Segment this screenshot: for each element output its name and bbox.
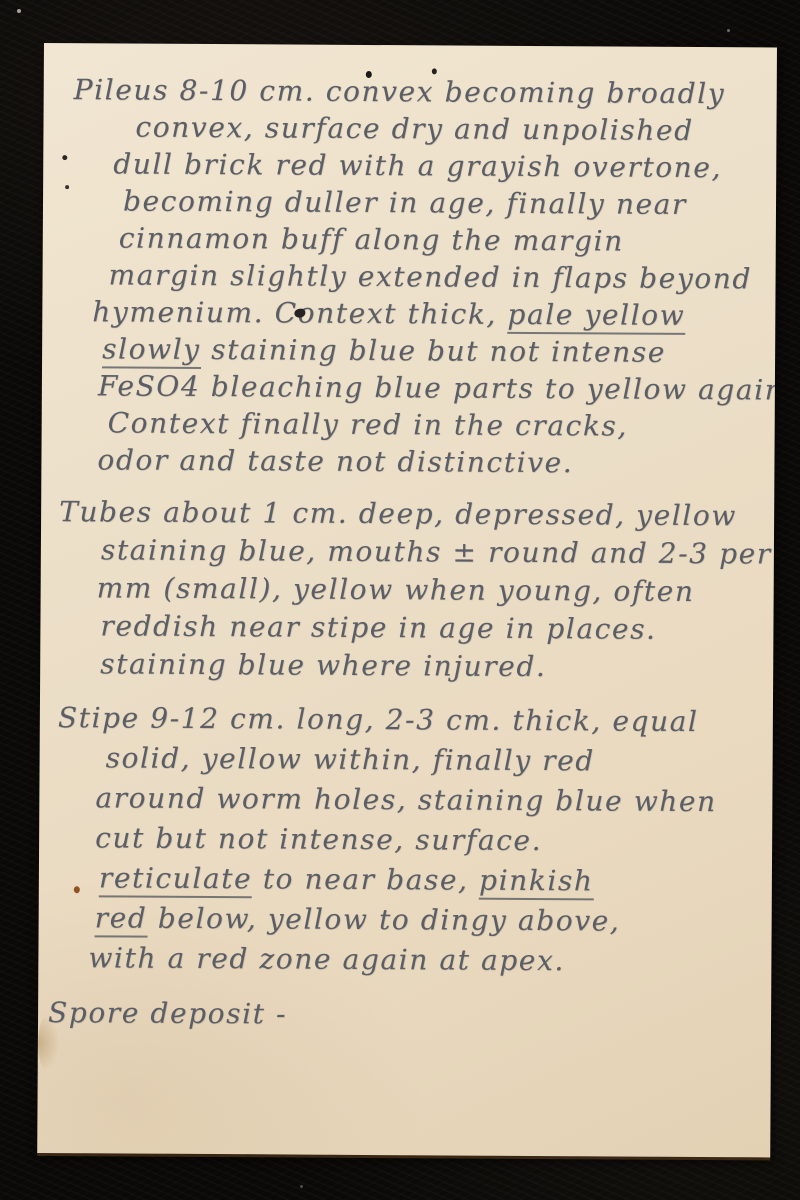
handwritten-line: mm (small), yellow when young, often <box>97 569 774 611</box>
edge-stain <box>38 1013 60 1073</box>
underlined-text: red <box>95 901 148 937</box>
text-segment: with a red zone again at apex. <box>88 941 565 977</box>
handwritten-line: slowly staining blue but not intense <box>102 330 775 371</box>
underlined-text: pale yellow <box>507 298 685 335</box>
background-speck <box>17 9 21 13</box>
text-segment: solid, yellow within, finally red <box>106 741 595 777</box>
handwritten-line: cut but not intense, surface. <box>95 818 772 862</box>
background-speck <box>727 29 730 32</box>
handwritten-line: reddish near stipe in age in places. <box>100 607 773 649</box>
handwritten-line: cinnamon buff along the margin <box>119 219 776 260</box>
underlined-text: pinkish <box>479 864 594 901</box>
rust-speck <box>74 886 80 893</box>
note-lines: Pileus 8-10 cm. convex becoming broadlyc… <box>38 71 777 1052</box>
text-segment: to near base, <box>252 862 479 896</box>
text-segment: Context finally red in the cracks, <box>108 406 628 442</box>
handwritten-line: hymenium. Context thick, pale yellow <box>92 293 775 334</box>
ink-speck <box>62 155 67 160</box>
note-section-pileus: Pileus 8-10 cm. convex becoming broadlyc… <box>41 71 776 482</box>
handwritten-line: Spore deposit - <box>48 993 771 1037</box>
handwritten-line: FeSO4 bleaching blue parts to yellow aga… <box>98 367 775 408</box>
handwritten-line: Pileus 8-10 cm. convex becoming broadly <box>74 71 777 112</box>
text-segment: Stipe 9-12 cm. long, 2-3 cm. thick, equa… <box>58 701 699 738</box>
text-segment: staining blue but not intense <box>201 333 667 369</box>
text-segment: FeSO4 bleaching blue parts to yellow aga… <box>98 369 777 406</box>
text-segment: convex, surface dry and unpolished <box>135 111 693 147</box>
ink-speck <box>366 71 372 78</box>
text-segment: becoming duller in age, finally near <box>123 184 687 220</box>
note-section-spore-deposit: Spore deposit - <box>38 993 771 1037</box>
underlined-text: slowly <box>102 332 201 369</box>
text-segment: reddish near stipe in age in places. <box>100 609 656 645</box>
text-segment: mm (small), yellow when young, often <box>97 571 695 608</box>
handwritten-line: Tubes about 1 cm. deep, depressed, yello… <box>59 493 774 535</box>
handwritten-line: convex, surface dry and unpolished <box>135 109 776 150</box>
text-segment: cut but not intense, surface. <box>95 821 542 857</box>
handwritten-line: dull brick red with a grayish overtone, <box>113 145 776 186</box>
text-segment: Pileus 8-10 cm. convex becoming broadly <box>74 73 726 110</box>
text-segment: below, yellow to dingy above, <box>147 902 620 938</box>
ink-speck <box>432 68 437 74</box>
handwritten-line: solid, yellow within, finally red <box>106 738 773 782</box>
text-segment: margin slightly extended in flaps beyond <box>108 258 752 295</box>
note-section-stipe: Stipe 9-12 cm. long, 2-3 cm. thick, equa… <box>38 698 773 982</box>
text-segment: Tubes about 1 cm. deep, depressed, yello… <box>59 495 737 532</box>
handwritten-line: margin slightly extended in flaps beyond <box>108 256 775 297</box>
handwritten-line: around worm holes, staining blue when <box>95 778 772 822</box>
handwritten-line: odor and taste not distinctive. <box>97 441 774 482</box>
handwritten-line: staining blue where injured. <box>100 645 773 687</box>
text-segment: around worm holes, staining blue when <box>95 781 717 818</box>
handwritten-line: Context finally red in the cracks, <box>108 404 775 445</box>
handwritten-line: becoming duller in age, finally near <box>123 182 776 223</box>
text-segment: dull brick red with a grayish overtone, <box>113 147 722 184</box>
text-segment: odor and taste not distinctive. <box>97 443 573 479</box>
handwritten-line: Stipe 9-12 cm. long, 2-3 cm. thick, equa… <box>58 698 773 742</box>
handwritten-line: with a red zone again at apex. <box>88 938 771 982</box>
text-segment: staining blue, mouths ± round and 2-3 pe… <box>101 533 772 570</box>
handwritten-line: staining blue, mouths ± round and 2-3 pe… <box>101 531 774 573</box>
handwritten-line: red below, yellow to dingy above, <box>95 898 772 942</box>
background-speck <box>300 1185 303 1188</box>
text-segment: staining blue where injured. <box>100 647 546 683</box>
text-segment: cinnamon buff along the margin <box>119 221 624 257</box>
underlined-text: reticulate <box>99 861 253 898</box>
note-section-tubes: Tubes about 1 cm. deep, depressed, yello… <box>40 493 774 687</box>
ink-speck <box>65 185 69 189</box>
handwritten-note-card: Pileus 8-10 cm. convex becoming broadlyc… <box>37 43 777 1157</box>
text-segment: Spore deposit - <box>48 996 287 1030</box>
handwritten-line: reticulate to near base, pinkish <box>99 858 772 902</box>
